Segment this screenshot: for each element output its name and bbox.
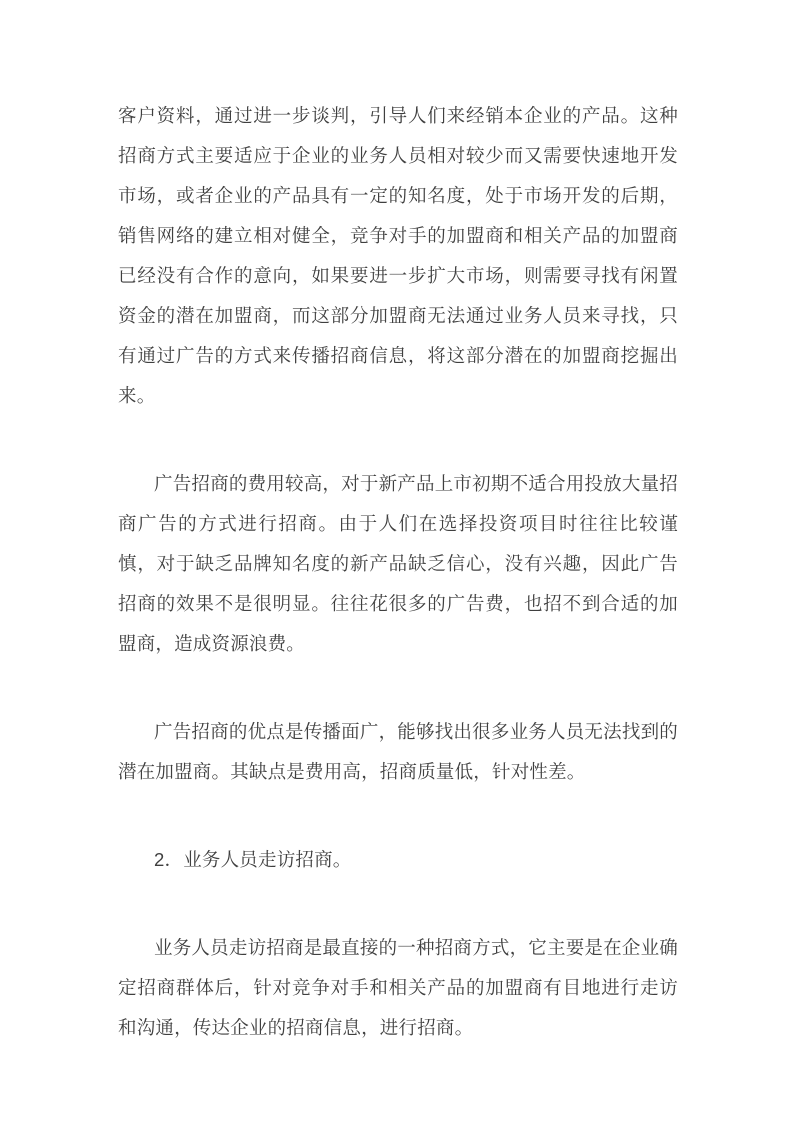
document-page: 客户资料，通过进一步谈判，引导人们来经销本企业的产品。这种招商方式主要适应于企业… bbox=[0, 0, 793, 1122]
page-content: 客户资料，通过进一步谈判，引导人们来经销本企业的产品。这种招商方式主要适应于企业… bbox=[118, 96, 678, 1096]
numbered-section-heading: 2．业务人员走访招商。 bbox=[118, 840, 678, 880]
body-paragraph: 业务人员走访招商是最直接的一种招商方式，它主要是在企业确定招商群体后，针对竞争对… bbox=[118, 928, 678, 1048]
body-paragraph: 广告招商的费用较高，对于新产品上市初期不适合用投放大量招商广告的方式进行招商。由… bbox=[118, 464, 678, 664]
body-paragraph: 广告招商的优点是传播面广，能够找出很多业务人员无法找到的潜在加盟商。其缺点是费用… bbox=[118, 712, 678, 792]
body-paragraph: 客户资料，通过进一步谈判，引导人们来经销本企业的产品。这种招商方式主要适应于企业… bbox=[118, 96, 678, 416]
